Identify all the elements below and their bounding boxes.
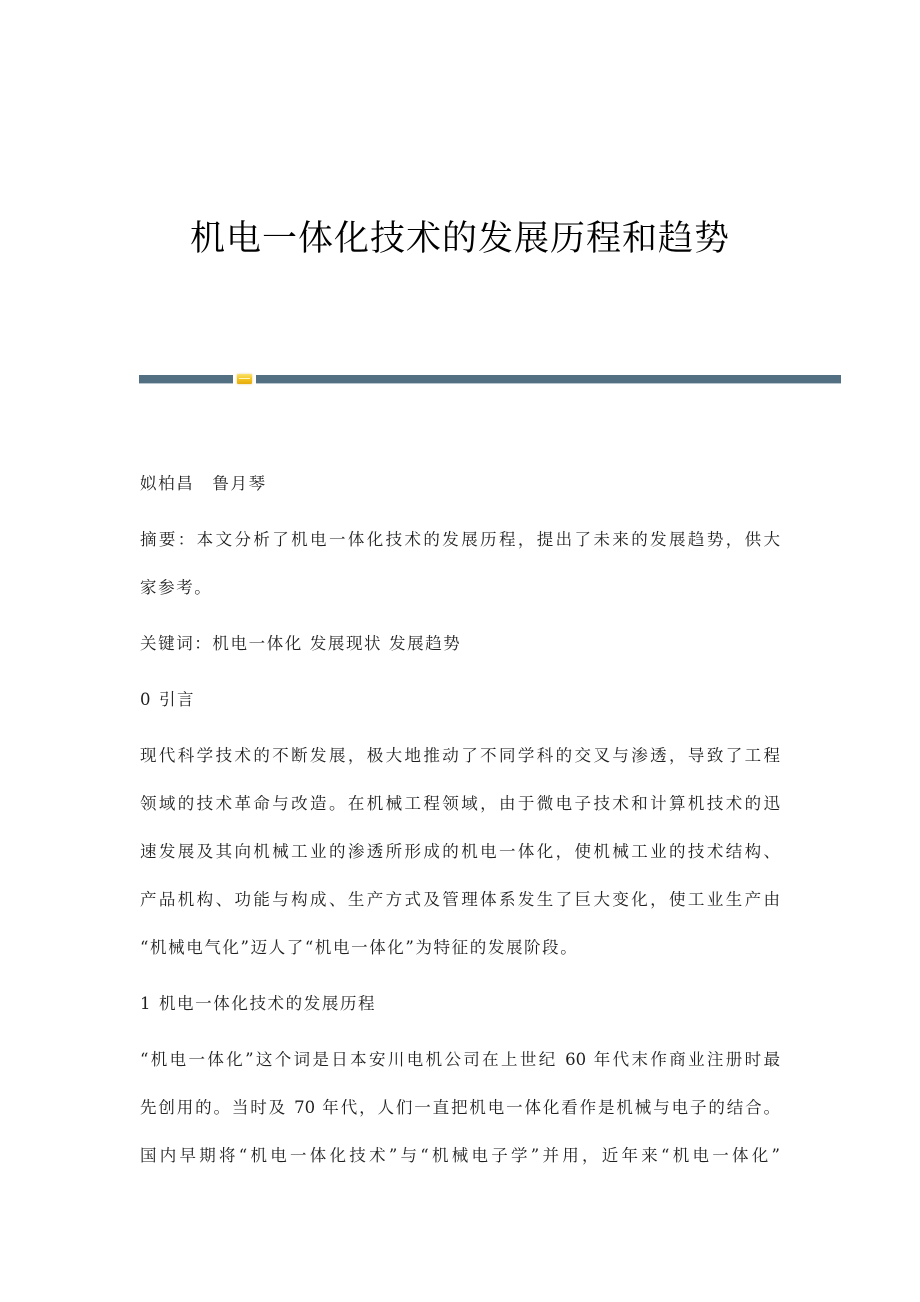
- keywords: 关键词：机电一体化 发展现状 发展趋势: [140, 632, 461, 656]
- document-title: 机电一体化技术的发展历程和趋势: [0, 214, 920, 264]
- section-0-heading: 0 引言: [140, 688, 195, 712]
- divider-right-segment: [256, 375, 841, 384]
- abstract-line-2: 家参考。: [140, 576, 212, 600]
- title-divider: [139, 375, 841, 384]
- section-0-line: 产品机构、功能与构成、生产方式及管理体系发生了巨大变化，使工业生产由: [140, 888, 780, 912]
- section-0-line: 现代科学技术的不断发展，极大地推动了不同学科的交叉与渗透，导致了工程: [140, 744, 780, 768]
- section-1-heading: 1 机电一体化技术的发展历程: [140, 992, 376, 1016]
- section-1-line: “机电一体化”这个词是日本安川电机公司在上世纪 60 年代末作商业注册时最: [140, 1048, 780, 1072]
- authors: 姒柏昌 鲁月琴: [140, 472, 267, 496]
- section-1-line: 国内早期将“机电一体化技术”与“机械电子学”并用，近年来“机电一体化”: [140, 1144, 780, 1168]
- section-0-line: “机械电气化”迈人了“机电一体化”为特征的发展阶段。: [140, 936, 578, 960]
- abstract-line-1: 摘要：本文分析了机电一体化技术的发展历程，提出了未来的发展趋势，供大: [140, 528, 780, 552]
- section-0-line: 领域的技术革命与改造。在机械工程领域，由于微电子技术和计算机技术的迅: [140, 792, 780, 816]
- section-0-line: 速发展及其向机械工业的渗透所形成的机电一体化，使机械工业的技术结构、: [140, 840, 780, 864]
- document-page: 机电一体化技术的发展历程和趋势 姒柏昌 鲁月琴 摘要：本文分析了机电一体化技术的…: [0, 0, 920, 1302]
- divider-ornament-icon: [237, 374, 252, 384]
- section-1-line: 先创用的。当时及 70 年代，人们一直把机电一体化看作是机械与电子的结合。: [140, 1096, 780, 1120]
- divider-left-segment: [139, 375, 233, 384]
